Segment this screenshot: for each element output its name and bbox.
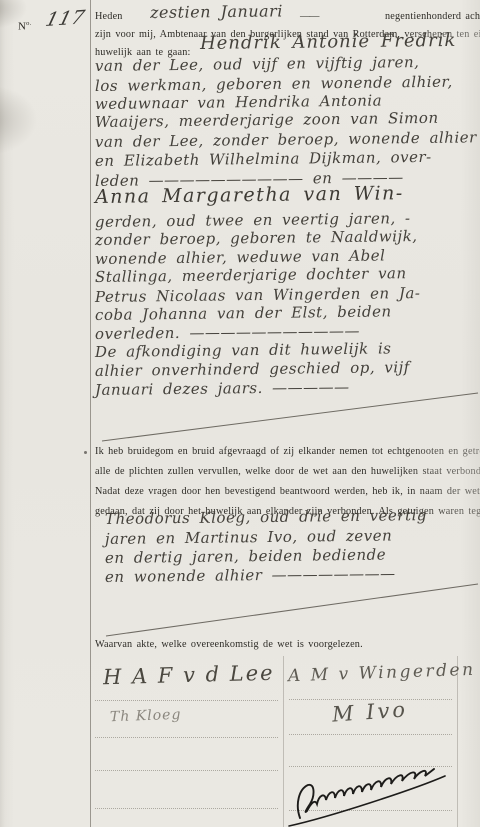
hand-line-2: los werkman, geboren en wonende alhier, — [95, 73, 453, 95]
hand-line-6: en Elizabeth Wilhelmina Dijkman, over- — [95, 148, 432, 170]
witness-line-2: jaren en Martinus Ivo, oud zeven — [105, 526, 392, 548]
hand-line-8: Anna Margaretha van Win- — [95, 182, 404, 208]
signature-ruled-line — [95, 770, 278, 771]
hand-line-12: Stallinga, meerderjarige dochter van — [95, 264, 407, 286]
opening-date-dash: —— — [300, 11, 318, 22]
declaration-line-2: alle de plichten zullen vervullen, welke… — [95, 466, 480, 477]
act-number-sup: o. — [26, 20, 31, 27]
margin-mark — [84, 451, 87, 454]
declaration-line-1: Ik heb bruidegom en bruid afgevraagd of … — [95, 446, 480, 457]
hand-line-4: Waaijers, meerderjarige zoon van Simon — [95, 109, 439, 131]
closing-line: Waarvan akte, welke overeenkomstig de we… — [95, 639, 363, 650]
opening-year-printed: negentienhonderd achttien — [385, 11, 480, 22]
marriage-record-page: No. 117 Heden zestien Januari —— negenti… — [0, 0, 480, 827]
hand-line-16: De afkondiging van dit huwelijk is — [95, 339, 392, 361]
hand-line-1: van der Lee, oud vijf en vijftig jaren, — [95, 53, 420, 75]
witness-line-1: Theodorus Kloeg, oud drie en veertig — [105, 506, 427, 528]
act-number-n: N — [18, 21, 26, 33]
signature-ruled-line — [289, 734, 452, 735]
signature-ruled-line — [95, 808, 278, 809]
registrar-signature — [289, 769, 445, 826]
groom-name-hand: Hendrik Antonie Fredrik — [200, 30, 457, 54]
signature-ruled-line — [95, 737, 278, 738]
witness-line-4: en wonende alhier ———————— — [105, 564, 396, 586]
groom-signature: H A F v d Lee — [103, 661, 275, 689]
opening-date-hand: zestien Januari — [150, 1, 283, 22]
hand-line-17: alhier onverhinderd geschied op, vijf — [95, 358, 410, 380]
witness-kloeg-signature: Th Kloeg — [110, 707, 182, 725]
signature-ruled-line — [95, 700, 278, 701]
opening-heden: Heden — [95, 11, 123, 22]
blank-strike-line-1 — [102, 393, 478, 441]
act-number: 117 — [43, 6, 87, 31]
signature-ruled-line — [289, 810, 452, 811]
signature-ruled-line — [289, 766, 452, 767]
bride-signature: A M v Wingerden — [288, 660, 476, 687]
act-number-label: No. — [18, 20, 31, 33]
witness-line-3: en dertig jaren, beiden bediende — [105, 546, 386, 567]
witness-ivo-signature: M Ivo — [331, 697, 408, 726]
signature-right-divider — [457, 656, 458, 827]
hand-line-18: Januari dezes jaars. ————— — [95, 378, 350, 399]
blank-strike-line-2 — [106, 584, 478, 636]
margin-vertical-rule — [90, 0, 91, 827]
signature-column-divider — [283, 656, 284, 827]
declaration-line-3: Nadat deze vragen door hen bevestigend b… — [95, 486, 480, 497]
hand-line-14: coba Johanna van der Elst, beiden — [95, 302, 392, 324]
